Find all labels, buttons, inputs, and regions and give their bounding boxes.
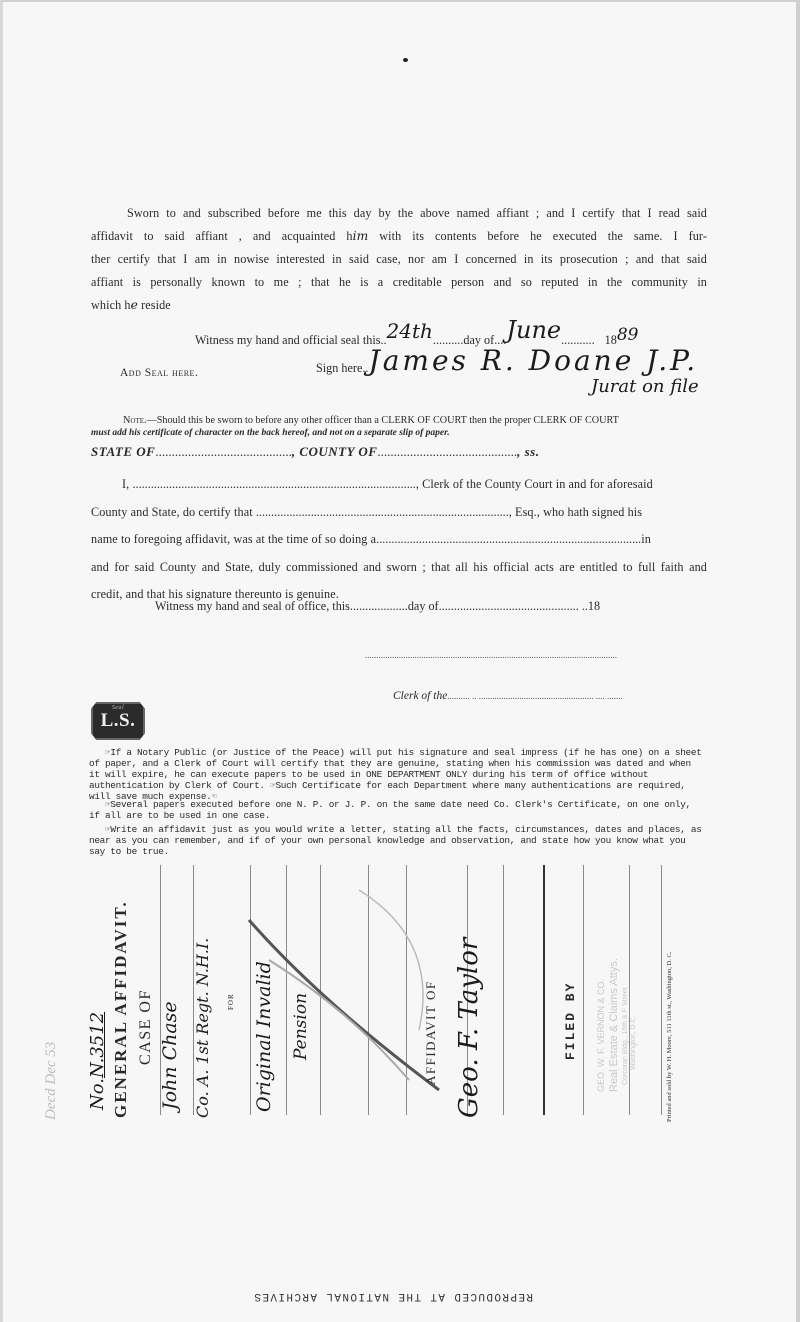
witness-day-value: 24th bbox=[387, 319, 433, 343]
witness-prefix: Witness my hand and official seal this bbox=[195, 333, 380, 347]
cert-line-2: County and State, do certify that ......… bbox=[91, 499, 707, 527]
signature-note: Jurat on file bbox=[591, 376, 699, 397]
docket-for-label: FOR bbox=[227, 993, 235, 1010]
archive-stamp: REPRODUCED AT THE NATIONAL ARCHIVES bbox=[243, 1290, 543, 1302]
cert-line-1-prefix: I, bbox=[122, 477, 129, 491]
cert-line-3-prefix: name to foregoing affidavit, was at the … bbox=[91, 532, 376, 546]
ls-seal-badge: Seal L.S. bbox=[91, 702, 145, 740]
witness-year-value: 89 bbox=[617, 325, 639, 345]
state-label: STATE OF bbox=[91, 444, 155, 459]
pointing-hand-icon: ☞ bbox=[89, 799, 110, 810]
add-seal-label: Add Seal here. bbox=[120, 367, 198, 379]
cert-line-1-suffix: , Clerk of the County Court in and for a… bbox=[416, 477, 653, 491]
clerk-of-line: Clerk of the.......... .. ..............… bbox=[393, 690, 623, 702]
clerk-note: Note.—Should this be sworn to before any… bbox=[91, 415, 707, 439]
county-label: COUNTY OF bbox=[299, 444, 377, 459]
stamp-line-3: Corcoran Bldg., 15th & F Street bbox=[622, 987, 629, 1085]
clerk-signature-line: ........................................… bbox=[365, 650, 617, 660]
cert-line-2-suffix: , Esq., who hath signed his bbox=[509, 505, 642, 519]
clerk-certificate: I, .....................................… bbox=[91, 471, 707, 609]
handwritten-him: im bbox=[353, 229, 369, 243]
cert-witness-line: Witness my hand and seal of office, this… bbox=[155, 599, 600, 614]
affidavit-page: Sworn to and subscribed before me this d… bbox=[0, 0, 800, 1322]
jurat-line-3: ther certify that I am in nowise interes… bbox=[91, 248, 707, 271]
docket-rule bbox=[503, 865, 504, 1115]
pencil-note: Decd Dec 53 bbox=[43, 1042, 60, 1120]
jurat-line-5-text: which h bbox=[91, 298, 131, 312]
instruction-3: ☞Write an affidavit just as you would wr… bbox=[89, 824, 705, 857]
cert-line-3: name to foregoing affidavit, was at the … bbox=[91, 526, 707, 554]
docket-number-value: N.3512 bbox=[87, 1012, 108, 1078]
ink-speck bbox=[403, 58, 408, 62]
jurat-line-2-text: affidavit to said affiant , and acquaint… bbox=[91, 229, 353, 243]
instruction-3-text: Write an affidavit just as you would wri… bbox=[89, 824, 702, 857]
sign-here-line: Sign here..James R. Doane J.P. bbox=[316, 346, 698, 379]
docket-number-label: No. bbox=[87, 1078, 108, 1110]
docket-filed-by: FILED BY bbox=[563, 982, 578, 1060]
seal-label: L.S. bbox=[101, 710, 136, 732]
printer-imprint: Printed and sold by W. H. Moore, 511 11t… bbox=[666, 952, 673, 1122]
instruction-2: ☞Several papers executed before one N. P… bbox=[89, 799, 705, 821]
pointing-hand-icon: ☞ bbox=[89, 747, 110, 758]
jurat-paragraph: Sworn to and subscribed before me this d… bbox=[91, 202, 707, 317]
witness-month-value: June bbox=[506, 316, 561, 344]
instruction-2-text: Several papers executed before one N. P.… bbox=[89, 799, 691, 821]
jurat-line-2-tail: with its contents before he executed the… bbox=[368, 229, 707, 243]
state-county-line: STATE OF................................… bbox=[91, 444, 707, 460]
jurat-line-5-tail: reside bbox=[138, 298, 171, 312]
cert-line-2-prefix: County and State, do certify that bbox=[91, 505, 253, 519]
ss-label: ss. bbox=[525, 444, 540, 459]
stamp-line-2: Real Estate & Claims Attys. bbox=[608, 958, 620, 1092]
note-text: —Should this be sworn to before any othe… bbox=[147, 415, 619, 426]
docket-rule bbox=[661, 865, 662, 1115]
pointing-hand-icon: ☞ bbox=[89, 824, 110, 835]
cert-line-3-suffix: in bbox=[641, 532, 651, 546]
note-label: Note. bbox=[123, 415, 147, 426]
docket-panel: Decd Dec 53 No.N.3512 GENERAL AFFIDAVIT.… bbox=[89, 860, 713, 1122]
docket-affidavit-of: AFFIDAVIT OF bbox=[423, 980, 439, 1085]
docket-case-of: CASE OF bbox=[137, 989, 155, 1065]
clerk-of-label: Clerk of the bbox=[393, 690, 447, 702]
jurat-line-4: affiant is personally known to me ; that… bbox=[91, 271, 707, 294]
affiant-name: Geo. F. Taylor bbox=[454, 938, 484, 1118]
jurat-line-5: which he reside bbox=[91, 294, 707, 317]
cert-line-4: and for said County and State, duly comm… bbox=[91, 554, 707, 582]
docket-rule bbox=[583, 865, 584, 1115]
cert-witness-prefix: Witness my hand and seal of office, this bbox=[155, 599, 350, 613]
cert-witness-year: ..18 bbox=[582, 599, 600, 613]
docket-title: GENERAL AFFIDAVIT. bbox=[111, 900, 131, 1118]
claimant-unit: Co. A. 1st Regt. N.H.I. bbox=[193, 938, 212, 1118]
jurat-line-2: affidavit to said affiant , and acquaint… bbox=[91, 225, 707, 248]
handwritten-he: e bbox=[131, 298, 138, 312]
claimant-name: John Chase bbox=[159, 1001, 181, 1110]
docket-rule bbox=[629, 865, 630, 1115]
note-italic: must add his certificate of character on… bbox=[91, 427, 707, 439]
signature: James R. Doane J.P. bbox=[368, 344, 698, 377]
seal-small-text: Seal bbox=[112, 705, 124, 711]
stamp-line-1: GEO. W. F. VERNON & CO. bbox=[596, 979, 606, 1092]
docket-number: No.N.3512 bbox=[87, 1012, 108, 1110]
instruction-1: ☞If a Notary Public (or Justice of the P… bbox=[89, 747, 705, 802]
sign-here-label: Sign here bbox=[316, 361, 362, 375]
cert-witness-day-of: day of bbox=[408, 599, 439, 613]
cert-line-1: I, .....................................… bbox=[91, 471, 707, 499]
jurat-line-1: Sworn to and subscribed before me this d… bbox=[91, 202, 707, 225]
docket-heavy-rule bbox=[543, 865, 545, 1115]
stamp-line-4: Washington, D.C. bbox=[630, 1015, 637, 1070]
